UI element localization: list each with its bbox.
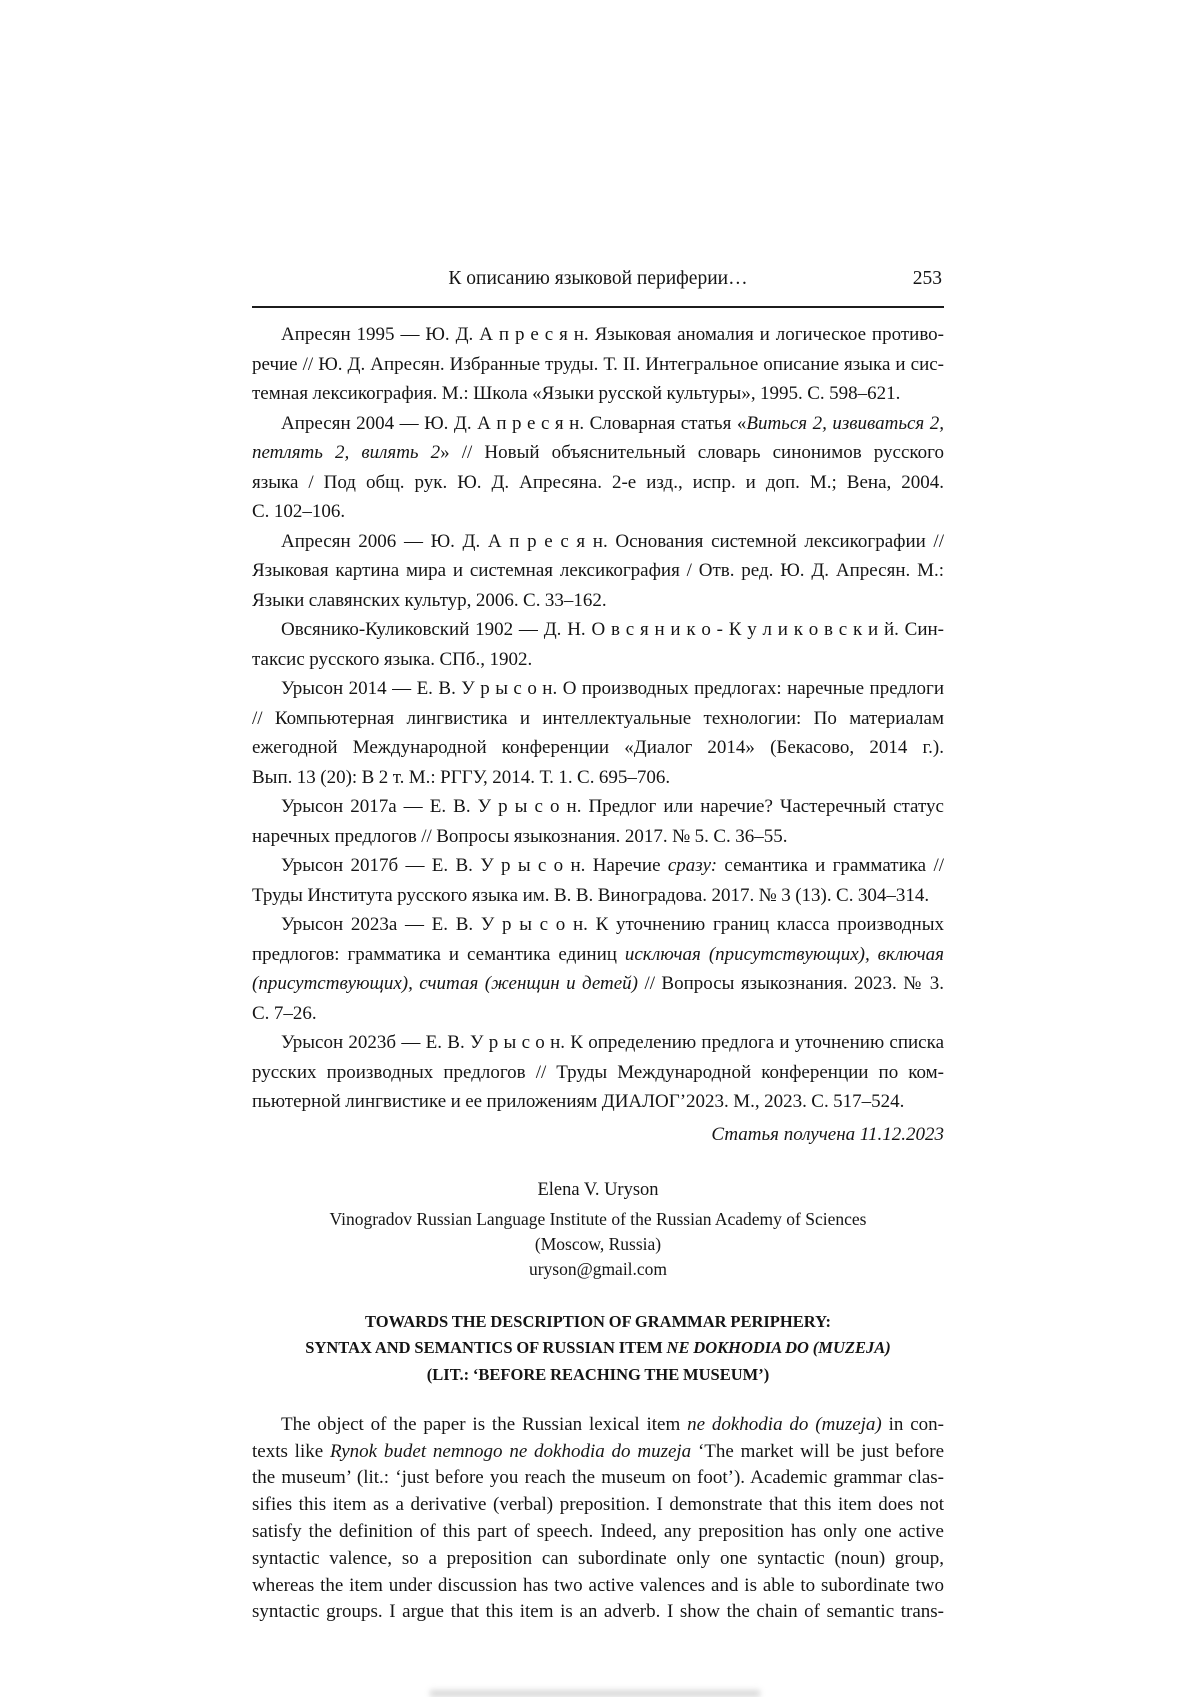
- text-segment: Rynok budet nemnogo ne dokhodia do muzej…: [330, 1441, 691, 1462]
- text-line: речие // Ю. Д. Апресян. Избранные труды.…: [252, 350, 944, 380]
- text-line: Урысон 2023б — Е. В. У р ы с о н. К опре…: [252, 1028, 944, 1058]
- running-header: К описанию языковой периферии… 253: [252, 266, 944, 292]
- article-title: TOWARDS THE DESCRIPTION OF GRAMMAR PERIP…: [252, 1309, 944, 1388]
- text-segment: texts like: [252, 1441, 330, 1462]
- references-section: Апресян 1995 — Ю. Д. А п р е с я н. Язык…: [252, 320, 944, 1117]
- text-segment: TOWARDS THE DESCRIPTION OF GRAMMAR PERIP…: [365, 1312, 831, 1331]
- text-line: пьютерной лингвистике и ее приложениям Д…: [252, 1087, 944, 1117]
- text-line: satisfy the definition of this part of s…: [252, 1519, 944, 1546]
- text-segment: NE DOKHODIA DO (MUZEJA): [667, 1338, 891, 1357]
- text-block: К описанию языковой периферии… 253 Апрес…: [252, 266, 944, 1626]
- text-segment: // Компьютерная лингвистика и интеллекту…: [252, 708, 944, 729]
- author-location: (Moscow, Russia): [252, 1232, 944, 1257]
- text-segment: Вып. 13 (20): В 2 т. М.: РГГУ, 2014. Т. …: [252, 767, 670, 788]
- text-segment: С. 7–26.: [252, 1003, 317, 1024]
- text-segment: » // Новый объяснительный словарь синони…: [440, 442, 944, 463]
- text-line: языка / Под общ. рук. Ю. Д. Апресяна. 2-…: [252, 468, 944, 498]
- received-note: Статья получена 11.12.2023: [252, 1120, 944, 1150]
- reference-entry: Урысон 2017б — Е. В. У р ы с о н. Наречи…: [252, 851, 944, 910]
- text-line: (присутствующих), считая (женщин и детей…: [252, 969, 944, 999]
- text-line: // Компьютерная лингвистика и интеллекту…: [252, 704, 944, 734]
- text-segment: Урысон 2017а — Е. В. У р ы с о н. Предло…: [281, 796, 944, 817]
- text-line: русских производных предлогов // Труды М…: [252, 1058, 944, 1088]
- text-segment: Урысон 2017б — Е. В. У р ы с о н. Наречи…: [281, 855, 668, 876]
- reference-entry: Урысон 2023а — Е. В. У р ы с о н. К уточ…: [252, 910, 944, 1028]
- text-line: The object of the paper is the Russian l…: [252, 1412, 944, 1439]
- text-segment: whereas the item under discussion has tw…: [252, 1575, 944, 1596]
- text-line: whereas the item under discussion has tw…: [252, 1573, 944, 1600]
- text-segment: in con-: [882, 1414, 944, 1435]
- reference-entry: Овсянико-Куликовский 1902 — Д. Н. О в с …: [252, 615, 944, 674]
- text-line: syntactic groups. I argue that this item…: [252, 1599, 944, 1626]
- text-line: Вып. 13 (20): В 2 т. М.: РГГУ, 2014. Т. …: [252, 763, 944, 793]
- running-title: К описанию языковой периферии…: [252, 266, 944, 292]
- author-affiliation: Vinogradov Russian Language Institute of…: [252, 1207, 944, 1232]
- text-line: С. 102–106.: [252, 497, 944, 527]
- text-segment: Труды Института русского языка им. В. В.…: [252, 885, 929, 906]
- text-line: syntactic valence, so a preposition can …: [252, 1546, 944, 1573]
- text-segment: The object of the paper is the Russian l…: [281, 1414, 687, 1435]
- text-line: (LIT.: ‘BEFORE REACHING THE MUSEUM’): [252, 1362, 944, 1388]
- text-line: темная лексикография. М.: Школа «Языки р…: [252, 379, 944, 409]
- journal-page: К описанию языковой периферии… 253 Апрес…: [0, 0, 1200, 1697]
- text-segment: satisfy the definition of this part of s…: [252, 1521, 944, 1542]
- text-line: Урысон 2014 — Е. В. У р ы с о н. О произ…: [252, 674, 944, 704]
- text-line: SYNTAX AND SEMANTICS OF RUSSIAN ITEM NE …: [252, 1335, 944, 1361]
- text-segment: // Вопросы языкознания. 2023. № 3.: [638, 973, 944, 994]
- text-segment: (присутствующих), считая (женщин и детей…: [252, 973, 638, 994]
- text-line: предлогов: грамматика и семантика единиц…: [252, 940, 944, 970]
- reference-entry: Апресян 2006 — Ю. Д. А п р е с я н. Осно…: [252, 527, 944, 616]
- text-segment: Овсянико-Куликовский 1902 — Д. Н. О в с …: [281, 619, 944, 640]
- text-segment: syntactic valence, so a preposition can …: [252, 1548, 944, 1569]
- reference-entry: Урысон 2023б — Е. В. У р ы с о н. К опре…: [252, 1028, 944, 1117]
- text-segment: Урысон 2023а — Е. В. У р ы с о н. К уточ…: [281, 914, 944, 935]
- text-line: Языки славянских культур, 2006. С. 33–16…: [252, 586, 944, 616]
- page-number: 253: [913, 266, 942, 292]
- text-segment: петлять 2, вилять 2: [252, 442, 440, 463]
- text-line: Апресян 2004 — Ю. Д. А п р е с я н. Слов…: [252, 409, 944, 439]
- text-segment: the museum’ (lit.: ‘just before you reac…: [252, 1467, 944, 1488]
- text-segment: Апресян 1995 — Ю. Д. А п р е с я н. Язык…: [281, 324, 944, 345]
- text-line: Овсянико-Куликовский 1902 — Д. Н. О в с …: [252, 615, 944, 645]
- text-line: С. 7–26.: [252, 999, 944, 1029]
- author-name: Elena V. Uryson: [252, 1177, 944, 1203]
- reference-entry: Апресян 2004 — Ю. Д. А п р е с я н. Слов…: [252, 409, 944, 527]
- text-line: Апресян 2006 — Ю. Д. А п р е с я н. Осно…: [252, 527, 944, 557]
- text-line: the museum’ (lit.: ‘just before you reac…: [252, 1465, 944, 1492]
- text-line: таксис русского языка. СПб., 1902.: [252, 645, 944, 675]
- text-segment: Виться 2, извиваться 2,: [746, 413, 944, 434]
- text-segment: предлогов: грамматика и семантика единиц: [252, 944, 625, 965]
- text-segment: syntactic groups. I argue that this item…: [252, 1601, 944, 1622]
- text-segment: пьютерной лингвистике и ее приложениям Д…: [252, 1091, 904, 1112]
- text-segment: Языковая картина мира и системная лексик…: [252, 560, 944, 581]
- text-segment: ‘The market will be just before: [691, 1441, 944, 1462]
- text-line: Урысон 2017а — Е. В. У р ы с о н. Предло…: [252, 792, 944, 822]
- text-line: Урысон 2017б — Е. В. У р ы с о н. Наречи…: [252, 851, 944, 881]
- text-segment: русских производных предлогов // Труды М…: [252, 1062, 944, 1083]
- text-segment: Апресян 2006 — Ю. Д. А п р е с я н. Осно…: [281, 531, 944, 552]
- text-segment: (LIT.: ‘BEFORE REACHING THE MUSEUM’): [427, 1365, 769, 1384]
- scan-edge-artifact: [430, 1690, 760, 1697]
- text-line: Языковая картина мира и системная лексик…: [252, 556, 944, 586]
- text-line: texts like Rynok budet nemnogo ne dokhod…: [252, 1439, 944, 1466]
- author-block: Elena V. Uryson Vinogradov Russian Langu…: [252, 1177, 944, 1282]
- author-email: uryson@gmail.com: [252, 1257, 944, 1282]
- text-segment: речие // Ю. Д. Апресян. Избранные труды.…: [252, 354, 944, 375]
- text-line: петлять 2, вилять 2» // Новый объяснител…: [252, 438, 944, 468]
- text-segment: sifies this item as a derivative (verbal…: [252, 1494, 944, 1515]
- text-line: TOWARDS THE DESCRIPTION OF GRAMMAR PERIP…: [252, 1309, 944, 1335]
- reference-entry: Апресян 1995 — Ю. Д. А п р е с я н. Язык…: [252, 320, 944, 409]
- text-segment: SYNTAX AND SEMANTICS OF RUSSIAN ITEM: [305, 1338, 666, 1357]
- text-segment: ne dokhodia do (muzeja): [687, 1414, 882, 1435]
- text-line: Урысон 2023а — Е. В. У р ы с о н. К уточ…: [252, 910, 944, 940]
- text-segment: Апресян 2004 — Ю. Д. А п р е с я н. Слов…: [281, 413, 746, 434]
- header-rule: [252, 306, 944, 308]
- text-segment: Языки славянских культур, 2006. С. 33–16…: [252, 590, 607, 611]
- text-segment: Урысон 2023б — Е. В. У р ы с о н. К опре…: [281, 1032, 944, 1053]
- text-segment: С. 102–106.: [252, 501, 345, 522]
- text-segment: языка / Под общ. рук. Ю. Д. Апресяна. 2-…: [252, 472, 944, 493]
- text-segment: семантика и грамматика //: [717, 855, 944, 876]
- text-segment: сразу:: [668, 855, 717, 876]
- text-segment: наречных предлогов // Вопросы языкознани…: [252, 826, 787, 847]
- text-line: Апресян 1995 — Ю. Д. А п р е с я н. Язык…: [252, 320, 944, 350]
- reference-entry: Урысон 2017а — Е. В. У р ы с о н. Предло…: [252, 792, 944, 851]
- text-line: Труды Института русского языка им. В. В.…: [252, 881, 944, 911]
- reference-entry: Урысон 2014 — Е. В. У р ы с о н. О произ…: [252, 674, 944, 792]
- abstract-paragraph: The object of the paper is the Russian l…: [252, 1412, 944, 1626]
- text-segment: исключая (присутствующих), включая: [625, 944, 944, 965]
- text-line: sifies this item as a derivative (verbal…: [252, 1492, 944, 1519]
- text-line: ежегодной Международной конференции «Диа…: [252, 733, 944, 763]
- text-segment: темная лексикография. М.: Школа «Языки р…: [252, 383, 900, 404]
- text-segment: Урысон 2014 — Е. В. У р ы с о н. О произ…: [281, 678, 944, 699]
- text-segment: таксис русского языка. СПб., 1902.: [252, 649, 532, 670]
- text-line: наречных предлогов // Вопросы языкознани…: [252, 822, 944, 852]
- text-segment: ежегодной Международной конференции «Диа…: [252, 737, 944, 758]
